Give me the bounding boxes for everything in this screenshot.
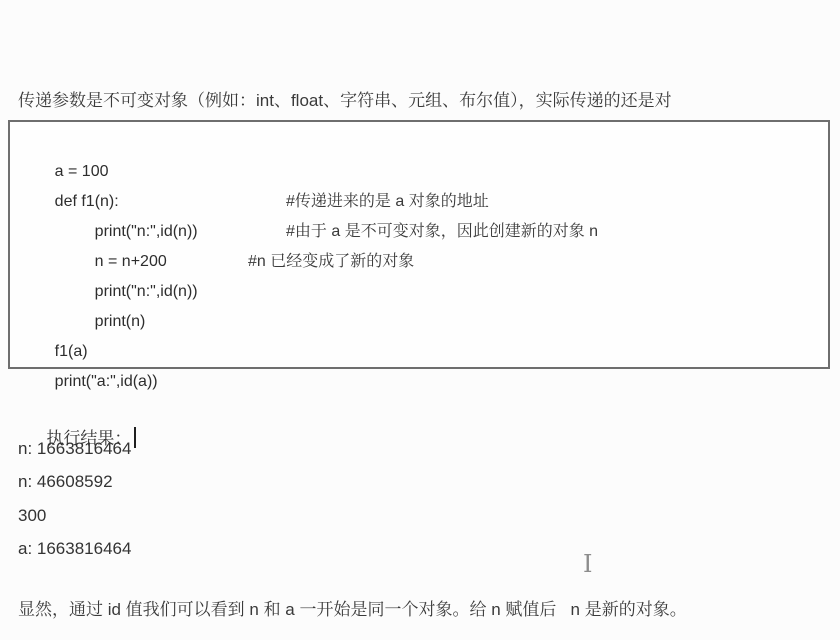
code-line: a = 100 xyxy=(28,127,828,157)
code-line: f1(a) xyxy=(28,307,828,337)
execution-results: 执行结果： n: 1663816464 n: 46608592 300 a: 1… xyxy=(18,403,136,571)
document-page: 传递参数是不可变对象（例如：int、float、字符串、元组、布尔值），实际传递… xyxy=(0,0,840,640)
code-block: a = 100 def f1(n): print("n:",id(n)) #传递… xyxy=(8,120,830,369)
results-header: 执行结果： xyxy=(18,403,136,437)
intro-line-1: 传递参数是不可变对象（例如：int、float、字符串、元组、布尔值），实际传递… xyxy=(18,87,830,116)
code-line: print(n) xyxy=(28,277,828,307)
conclusion-text: 显然，通过 id 值我们可以看到 n 和 a 一开始是同一个对象。给 n 赋值后… xyxy=(18,597,830,623)
text-caret xyxy=(134,427,136,448)
code-line: print("a:",id(a)) xyxy=(28,337,828,367)
code-line: n = n+200 #由于 a 是不可变对象，因此创建新的对象 n xyxy=(28,217,828,247)
result-line: 300 xyxy=(18,504,136,538)
code-text: print("a:",id(a)) xyxy=(55,373,158,390)
code-comment: #由于 a 是不可变对象，因此创建新的对象 n xyxy=(286,217,598,247)
result-line: n: 46608592 xyxy=(18,470,136,504)
code-comment: #n 已经变成了新的对象 xyxy=(248,247,414,277)
code-line: print("n:",id(n)) #传递进来的是 a 对象的地址 xyxy=(28,187,828,217)
code-comment: #传递进来的是 a 对象的地址 xyxy=(286,187,489,217)
ibeam-cursor-icon: I xyxy=(583,550,592,578)
code-line: def f1(n): xyxy=(28,157,828,187)
code-line: print("n:",id(n)) #n 已经变成了新的对象 xyxy=(28,247,828,277)
result-line: a: 1663816464 xyxy=(18,537,136,571)
